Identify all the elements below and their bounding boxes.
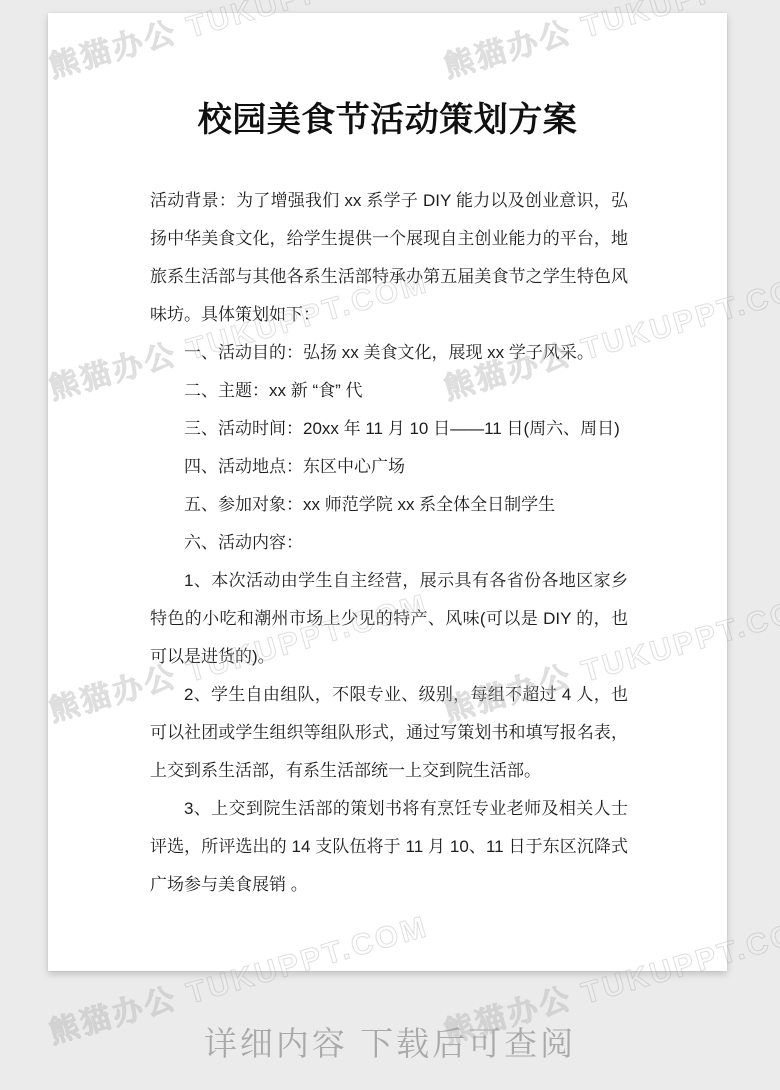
document-body: 活动背景：为了增强我们 xx 系学子 DIY 能力以及创业意识，弘扬中华美食文化… [48, 182, 727, 904]
paragraph-content-3: 3、上交到院生活部的策划书将有烹饪专业老师及相关人士评选，所评选出的 14 支队… [150, 790, 628, 904]
footer-notice: 详细内容 下载后可查阅 [0, 1022, 780, 1066]
paragraph-activity-background: 活动背景：为了增强我们 xx 系学子 DIY 能力以及创业意识，弘扬中华美食文化… [150, 182, 628, 334]
document-title: 校园美食节活动策划方案 [48, 100, 727, 140]
paragraph-content-1: 1、本次活动由学生自主经营，展示具有各省份各地区家乡特色的小吃和潮州市场上少见的… [150, 562, 628, 676]
paragraph-item-3: 三、活动时间：20xx 年 11 月 10 日——11 日(周六、周日) [150, 410, 628, 448]
paragraph-item-4: 四、活动地点：东区中心广场 [150, 448, 628, 486]
paragraph-item-5: 五、参加对象：xx 师范学院 xx 系全体全日制学生 [150, 486, 628, 524]
paragraph-item-2: 二、主题：xx 新 “食” 代 [150, 372, 628, 410]
paragraph-item-6: 六、活动内容： [150, 524, 628, 562]
paragraph-item-1: 一、活动目的：弘扬 xx 美食文化，展现 xx 学子风采。 [150, 334, 628, 372]
preview-canvas: 校园美食节活动策划方案 活动背景：为了增强我们 xx 系学子 DIY 能力以及创… [0, 0, 780, 1090]
document-page: 校园美食节活动策划方案 活动背景：为了增强我们 xx 系学子 DIY 能力以及创… [48, 13, 727, 971]
paragraph-content-2: 2、学生自由组队，不限专业、级别，每组不超过 4 人，也可以社团或学生组织等组队… [150, 676, 628, 790]
